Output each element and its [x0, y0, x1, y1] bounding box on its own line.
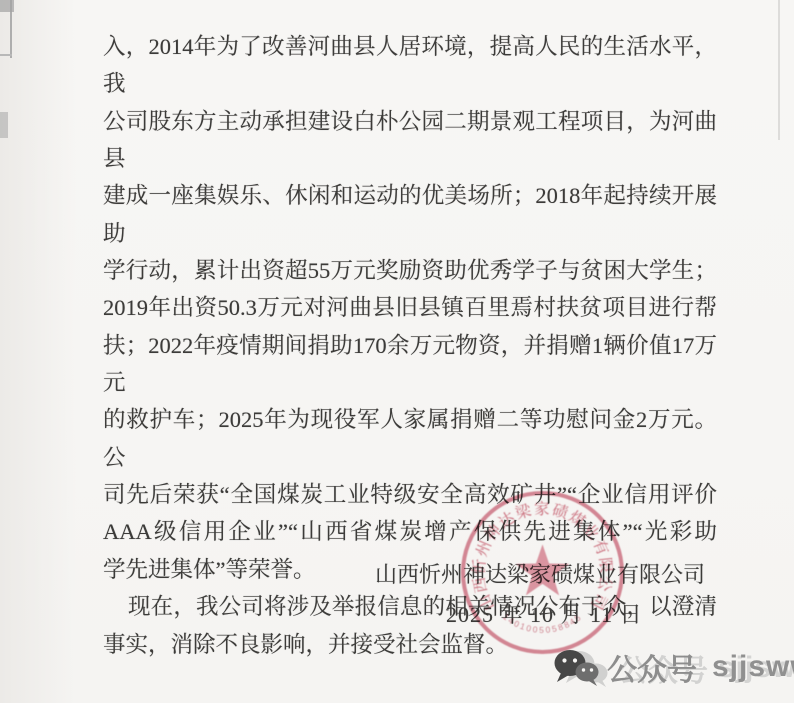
signature-date: 2025 年 10 月 11 日 [446, 598, 643, 629]
photo-edge-line [778, 0, 780, 140]
watermark: 公众号 sjjswwjl [552, 644, 794, 690]
body-line: 司先后荣获“全国煤炭工业特级安全高效矿井”“企业信用评价 [103, 476, 717, 513]
photo-edge-shading [0, 0, 95, 703]
photo-edge-line [0, 54, 12, 56]
document-photo: 入，2014年为了改善河曲县人居环境，提高人民的生活水平，我 公司股东方主动承担… [0, 0, 794, 703]
body-line: 2019年出资50.3万元对河曲县旧县镇百里焉村扶贫项目进行帮 [103, 289, 717, 326]
watermark-account: sjjswwjl [712, 650, 794, 684]
body-line: 扶；2022年疫情期间捐助170余万元物资，并捐赠1辆价值17万元 [103, 327, 717, 402]
body-line: 入，2014年为了改善河曲县人居环境，提高人民的生活水平，我 [103, 28, 717, 103]
body-line: AAA级信用企业”“山西省煤炭增产保供先进集体”“光彩助 [103, 513, 717, 550]
wechat-icon [552, 646, 600, 688]
photo-edge-artifact [0, 0, 14, 12]
company-name: 山西忻州神达梁家碛煤业有限公司 [375, 558, 705, 589]
watermark-label: 公众号 [607, 645, 697, 689]
photo-edge-artifact [0, 112, 8, 138]
body-line: 公司股东方主动承担建设白朴公园二期景观工程项目，为河曲县 [103, 103, 717, 178]
body-line: 建成一座集娱乐、休闲和运动的优美场所；2018年起持续开展助 [103, 177, 717, 252]
body-line: 的救护车；2025年为现役军人家属捐赠二等功慰问金2万元。公 [103, 401, 717, 476]
body-line: 学行动，累计出资超55万元奖励资助优秀学子与贫困大学生； [103, 252, 717, 289]
